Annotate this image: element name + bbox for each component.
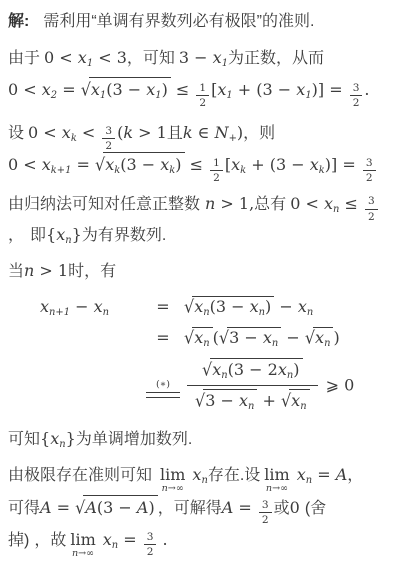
numerator: √xn(3 − 2xn) (198, 358, 306, 386)
math-text: > 1 (34, 261, 68, 280)
line-limit1: 由极限存在准则可知limn→∞xn存在.设limn→∞xn = A， (8, 463, 402, 494)
line-given: 由于0 < x1 < 3，可知3 − x1为正数，从而 (8, 46, 402, 71)
radical-sign: √ (81, 77, 91, 102)
fraction: 32 (363, 157, 376, 184)
text: ，可解得 (158, 500, 222, 517)
line-induct: 由归纳法可知对任意正整数n > 1,总有0 < xn ≤ 32 (8, 192, 402, 223)
math-text: 0 (290, 498, 300, 517)
math-text: 3 (353, 82, 360, 94)
sqrt-radical: √xn(3 − 2xn) (202, 358, 302, 383)
math-text: = (233, 498, 257, 517)
math-text: 2 (262, 514, 269, 526)
radical-sign: √ (281, 389, 291, 413)
radical-sign: √ (219, 327, 229, 348)
variable: xn (297, 467, 312, 484)
variable: xn (103, 532, 118, 549)
radicand: 3 − xn (203, 389, 257, 414)
subscript: n+1 (49, 306, 70, 317)
variable: xn (315, 330, 330, 347)
numerator: 3 (351, 82, 362, 95)
math-text: (3 − (120, 155, 160, 174)
math-text: 0 < (28, 123, 62, 142)
sqrt-radical: √A(3 − A) (75, 495, 158, 520)
text: 即 (30, 227, 46, 244)
fraction: 32 (259, 499, 272, 526)
math-text: ) (175, 155, 181, 174)
line-header: 解:需利用“单调有界数列必有极限”的准则. (8, 10, 402, 33)
math-text: ) (148, 498, 154, 517)
limit-operator: limn→∞ (160, 467, 185, 494)
subscript: n (103, 306, 109, 317)
line-x2: 0 < x2 = √x1(3 − x1) ≤ 12[x1 + (3 − x1)]… (8, 77, 402, 109)
sqrt-radical: √xn (305, 327, 334, 349)
math-text: 0 < (290, 194, 324, 213)
math-text: 1 (213, 157, 220, 169)
subscript: n (324, 338, 330, 349)
denominator: √3 − xn + √xn (187, 385, 318, 414)
math-text: − (70, 297, 94, 316)
starred-equals-sign: (∗) (146, 380, 180, 398)
numerator: 3 (103, 125, 114, 138)
equation-rhs: √xn(3 − xn) − xn (184, 296, 402, 318)
math-text: 3 (366, 157, 373, 169)
variable: x1 (213, 50, 228, 67)
variable: x1 (78, 50, 93, 67)
math-text: = (118, 530, 142, 549)
denominator: 2 (365, 209, 378, 223)
subscript: + (229, 133, 237, 144)
line-limit2: 可得A = √A(3 − A)，可解得A = 32或0(舍 (8, 495, 402, 527)
math-text: ≤ (171, 80, 195, 99)
variable: xn (263, 330, 278, 347)
math-text: < 3 (93, 48, 127, 67)
variable: xk (160, 157, 175, 174)
variable: xn (278, 360, 293, 379)
math-text: ) (162, 80, 168, 99)
sqrt-radical: √xn (281, 389, 310, 414)
text: (舍 (305, 500, 326, 517)
variable: A (137, 498, 149, 517)
radicand: xn(3 − 2xn) (210, 358, 302, 383)
radical-sign: √ (75, 495, 85, 520)
math-text: ⩾ 0 (321, 375, 355, 394)
math-text: 3 (147, 531, 154, 543)
text: 由于 (8, 50, 40, 67)
sqrt-radical: √xn(3 − xn) (184, 296, 274, 318)
sqrt-radical: √xk(3 − xk) (95, 152, 185, 178)
numerator: 1 (211, 157, 222, 170)
equation-rhs: √xn(√3 − xn − √xn) (184, 327, 402, 349)
line-setk: 设0 < xk < 32(k > 1且k ∈ N+)，则 (8, 121, 402, 152)
math-text: = (52, 498, 76, 517)
text: 设 (8, 125, 24, 142)
text: 为正数，从而 (228, 50, 324, 67)
variable: k (123, 123, 133, 142)
radicand: xn (313, 327, 333, 349)
numerator: 1 (197, 82, 208, 95)
math-text: ) (333, 328, 339, 347)
denominator: 2 (363, 170, 376, 184)
math-text: ∈ (193, 123, 215, 142)
math-text: )] = (312, 80, 348, 99)
text: 且 (167, 125, 183, 142)
math-text: 3 (105, 125, 112, 137)
fraction: 32 (350, 82, 363, 109)
math-text: (3 − (106, 80, 146, 99)
limit-subscript: n→∞ (162, 484, 184, 494)
variable: xk (231, 157, 246, 174)
text: ，可知 (127, 50, 175, 67)
math-text: + (3 − (246, 155, 310, 174)
variable: xn (250, 299, 265, 316)
math-text: (3 − 2 (228, 360, 278, 379)
fraction: 12 (210, 157, 223, 184)
math-text: 3 − (179, 48, 213, 67)
equation-block-difference-derivation: xn+1 − xn=√xn(3 − xn) − xn=√xn(√3 − xn −… (40, 296, 402, 414)
text: ， (347, 467, 363, 484)
math-text: } (72, 225, 82, 244)
math-text: ≤ (185, 155, 209, 174)
radical-sign: √ (184, 327, 194, 348)
fraction: 12 (196, 82, 209, 109)
line-mono: 可知{xn}为单调增加数列. (8, 427, 402, 452)
variable: xn (50, 431, 65, 448)
variable: A (222, 498, 234, 517)
sqrt-radical: √3 − xn (195, 389, 257, 414)
variable: xn (298, 299, 313, 316)
radical-sign: √ (95, 152, 105, 177)
math-text: 2 (147, 546, 154, 558)
limit-operator: limn→∞ (264, 467, 289, 494)
sqrt-radical: √x1(3 − x1) (81, 77, 171, 103)
math-text: 3 (368, 195, 375, 207)
denominator: 2 (144, 544, 157, 558)
equation-lhs: xn+1 − xn (40, 297, 142, 318)
radical-sign: √ (195, 389, 205, 413)
variable: xn+1 (40, 299, 70, 316)
solution-document: 解:需利用“单调有界数列必有极限”的准则.由于0 < x1 < 3，可知3 − … (0, 0, 406, 558)
math-text: = (156, 328, 169, 347)
variable: A (40, 498, 52, 517)
math-text: { (46, 225, 56, 244)
denominator: 2 (210, 170, 223, 184)
fraction: 32 (144, 531, 157, 558)
variable: xn (56, 227, 71, 244)
variable: x1 (146, 82, 161, 99)
text: ，则 (243, 125, 275, 142)
math-text: 3 (262, 499, 269, 511)
math-text: 1 (199, 82, 206, 94)
math-text: 0 < (8, 80, 42, 99)
variable: xn (194, 299, 209, 316)
variable: xk (62, 125, 77, 142)
limit-subscript: n→∞ (266, 484, 288, 494)
text: 存在.设 (208, 467, 260, 484)
variable: x1 (91, 82, 106, 99)
math-text: > 1 (133, 123, 167, 142)
text: 总有 (254, 196, 286, 213)
denominator: 2 (102, 138, 115, 152)
variable: n (205, 194, 215, 213)
math-text: } (66, 429, 76, 448)
text: ， (8, 227, 24, 244)
radical-sign: √ (202, 358, 212, 382)
math-text: . (364, 80, 369, 99)
variable: N+ (215, 125, 237, 142)
text: 由归纳法可知对任意正整数 (8, 196, 200, 213)
radicand: xn (289, 389, 309, 414)
text: ，故 (34, 532, 66, 549)
denominator: 2 (196, 95, 209, 109)
text: 时，有 (68, 263, 116, 280)
text: 可知 (8, 431, 40, 448)
variable: x1 (296, 82, 311, 99)
radicand: xk(3 − xk) (103, 152, 184, 178)
math-text: − (274, 297, 298, 316)
math-text: = (312, 465, 336, 484)
variable: A (336, 465, 348, 484)
radicand: xn(3 − xn) (192, 296, 274, 318)
math-text: )] = (325, 155, 361, 174)
math-text: = (71, 155, 95, 174)
denominator: 2 (350, 95, 363, 109)
fraction: √xn(3 − 2xn)√3 − xn + √xn (187, 358, 318, 414)
numerator: 3 (260, 499, 271, 512)
line-limit3: 掉)，故limn→∞xn = 32. (8, 528, 402, 559)
math-text: ) (293, 360, 299, 379)
star-label: (∗) (156, 380, 170, 390)
math-text: { (40, 429, 50, 448)
radical-sign: √ (184, 296, 194, 317)
subscript: n (307, 307, 313, 318)
math-text: = (156, 297, 169, 316)
subscript: n (203, 338, 209, 349)
sqrt-radical: √xn (184, 327, 213, 349)
subscript: k+1 (51, 165, 72, 176)
text: 为单调增加数列. (76, 431, 192, 448)
variable: xn (194, 330, 209, 347)
math-text: 2 (368, 211, 375, 223)
math-text: 3 − (229, 328, 263, 347)
variable: xk (310, 157, 325, 174)
text: 由极限存在准则可知 (8, 467, 152, 484)
sqrt-radical: √3 − xn (219, 327, 281, 349)
equation-relation: = (142, 328, 184, 348)
math-text: (3 − (97, 498, 137, 517)
math-text: 2 (353, 97, 360, 109)
equation-relation: = (142, 297, 184, 317)
equation-rhs: √xn(3 − 2xn)√3 − xn + √xn ⩾ 0 (184, 358, 402, 414)
math-text: 2 (366, 172, 373, 184)
math-text: 0 < (8, 155, 42, 174)
numerator: 3 (145, 531, 156, 544)
variable: k (183, 123, 193, 142)
limit-subscript: n→∞ (72, 549, 94, 559)
text: 可得 (8, 500, 40, 517)
variable: xn (212, 360, 227, 379)
math-text: − (281, 328, 305, 347)
math-text: ) (265, 297, 271, 316)
numerator: 3 (366, 195, 377, 208)
variable: xn (324, 196, 339, 213)
math-text: 2 (199, 97, 206, 109)
variable: n (24, 261, 34, 280)
variable: xk+1 (42, 157, 72, 174)
variable: xn (94, 299, 109, 316)
text: 或 (274, 500, 290, 517)
limit-operator: limn→∞ (70, 532, 95, 559)
bold-text: 解: (8, 13, 29, 30)
variable: xn (291, 391, 306, 410)
text: 当 (8, 263, 24, 280)
subscript: n (272, 338, 278, 349)
radicand: A(3 − A) (83, 495, 157, 520)
variable: xk (105, 157, 120, 174)
math-text: + (3 − (233, 80, 297, 99)
math-text: ≤ (339, 194, 363, 213)
line-bounded: ，即{xn}为有界数列. (8, 223, 402, 248)
math-text: (3 − (210, 297, 250, 316)
denominator: 2 (259, 512, 272, 526)
subscript: n (248, 401, 254, 412)
variable: x2 (42, 82, 57, 99)
math-text: 2 (105, 140, 112, 152)
subscript: n (300, 401, 306, 412)
text: 需利用“单调有界数列必有极限”的准则. (43, 13, 314, 30)
math-text: + (257, 391, 281, 410)
math-text: < (77, 123, 101, 142)
numerator: 3 (364, 157, 375, 170)
variable: x1 (217, 82, 232, 99)
radicand: xn (192, 327, 212, 349)
math-text: . (162, 530, 167, 549)
radical-sign: √ (305, 327, 315, 348)
text: 掉) (8, 532, 29, 549)
equals-bars (146, 392, 180, 398)
variable: xn (192, 467, 207, 484)
radicand: 3 − xn (227, 327, 281, 349)
text: 为有界数列. (82, 227, 166, 244)
line-when: 当n > 1时，有 (8, 259, 402, 283)
math-text: > 1, (215, 194, 254, 213)
variable: xn (239, 391, 254, 410)
equation-relation: (∗) (142, 374, 184, 398)
math-text: = (57, 80, 81, 99)
line-xk1: 0 < xk+1 = √xk(3 − xk) ≤ 12[xk + (3 − xk… (8, 152, 402, 184)
variable: A (85, 498, 97, 517)
math-text: 3 − (205, 391, 239, 410)
fraction: 32 (365, 195, 378, 222)
fraction: 32 (102, 125, 115, 152)
math-text: 2 (213, 172, 220, 184)
math-text: 0 < (44, 48, 78, 67)
radicand: x1(3 − x1) (89, 77, 171, 103)
